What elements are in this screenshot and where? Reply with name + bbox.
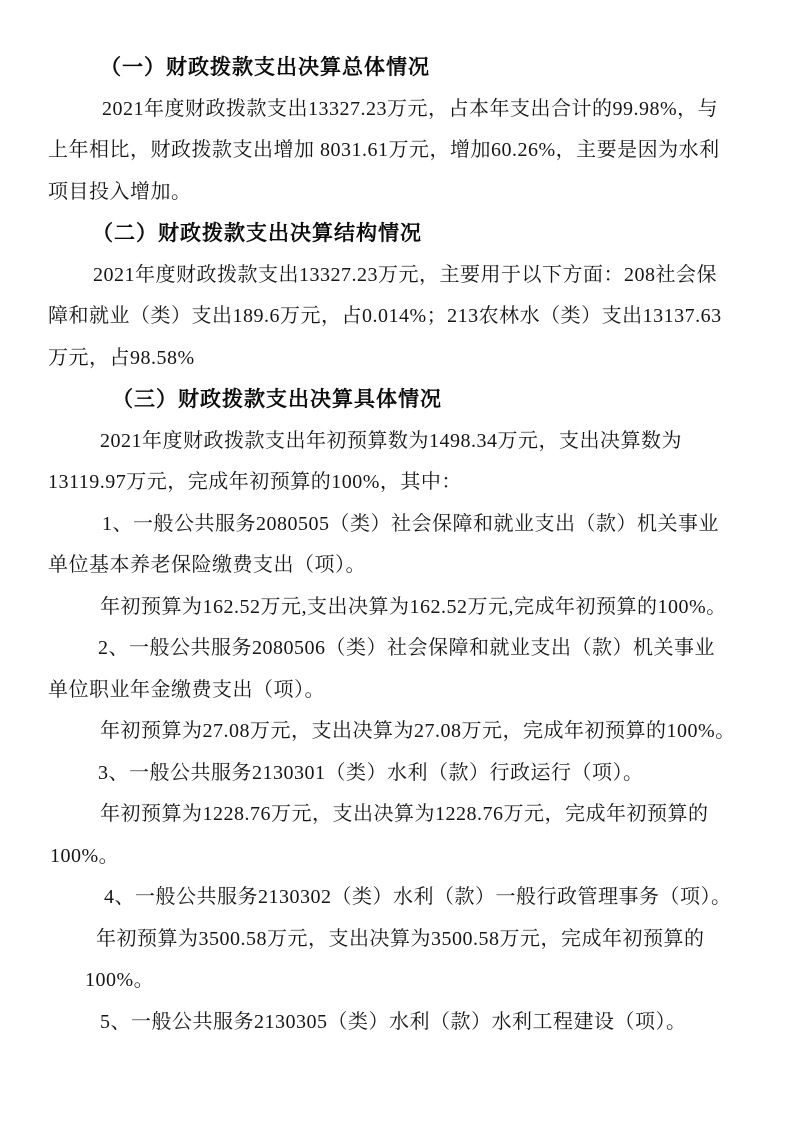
doc-line: 100%。 — [0, 960, 793, 1002]
doc-line-item-1: 1、一般公共服务2080505（类）社会保障和就业支出（款）机关事业 — [0, 504, 793, 546]
doc-line: 年初预算为162.52万元,支出决算为162.52万元,完成年初预算的100%。 — [0, 587, 793, 629]
section-heading-2: （二）财政拨款支出决算结构情况 — [0, 213, 793, 255]
doc-line: 万元，占98.58% — [0, 338, 793, 380]
doc-line: 上年相比，财政拨款支出增加 8031.61万元，增加60.26%，主要是因为水利 — [0, 130, 793, 172]
doc-line: 2021年度财政拨款支出年初预算数为1498.34万元，支出决算数为 — [0, 421, 793, 463]
doc-line: 年初预算为27.08万元，支出决算为27.08万元，完成年初预算的100%。 — [0, 711, 793, 753]
doc-line-item-5: 5、一般公共服务2130305（类）水利（款）水利工程建设（项）。 — [0, 1002, 793, 1044]
doc-line: 年初预算为1228.76万元，支出决算为1228.76万元，完成年初预算的 — [0, 794, 793, 836]
doc-line-item-3: 3、一般公共服务2130301（类）水利（款）行政运行（项）。 — [0, 753, 793, 795]
section-heading-1: （一）财政拨款支出决算总体情况 — [0, 47, 793, 89]
doc-line: 100%。 — [0, 836, 793, 878]
doc-line: 年初预算为3500.58万元，支出决算为3500.58万元，完成年初预算的 — [0, 919, 793, 961]
doc-line: 13119.97万元，完成年初预算的100%，其中： — [0, 462, 793, 504]
doc-line: 单位基本养老保险缴费支出（项）。 — [0, 545, 793, 587]
doc-line: 单位职业年金缴费支出（项）。 — [0, 670, 793, 712]
document-body: （一）财政拨款支出决算总体情况 2021年度财政拨款支出13327.23万元，占… — [0, 47, 793, 1043]
doc-line-item-2: 2、一般公共服务2080506（类）社会保障和就业支出（款）机关事业 — [0, 628, 793, 670]
doc-line: 障和就业（类）支出189.6万元，占0.014%；213农林水（类）支出1313… — [0, 296, 793, 338]
section-heading-3: （三）财政拨款支出决算具体情况 — [0, 379, 793, 421]
doc-line-item-4: 4、一般公共服务2130302（类）水利（款）一般行政管理事务（项）。 — [0, 877, 793, 919]
doc-line: 项目投入增加。 — [0, 172, 793, 214]
doc-line: 2021年度财政拨款支出13327.23万元，占本年支出合计的99.98%，与 — [0, 89, 793, 131]
doc-line: 2021年度财政拨款支出13327.23万元，主要用于以下方面：208社会保 — [0, 255, 793, 297]
document-page: （一）财政拨款支出决算总体情况 2021年度财政拨款支出13327.23万元，占… — [0, 0, 793, 1122]
